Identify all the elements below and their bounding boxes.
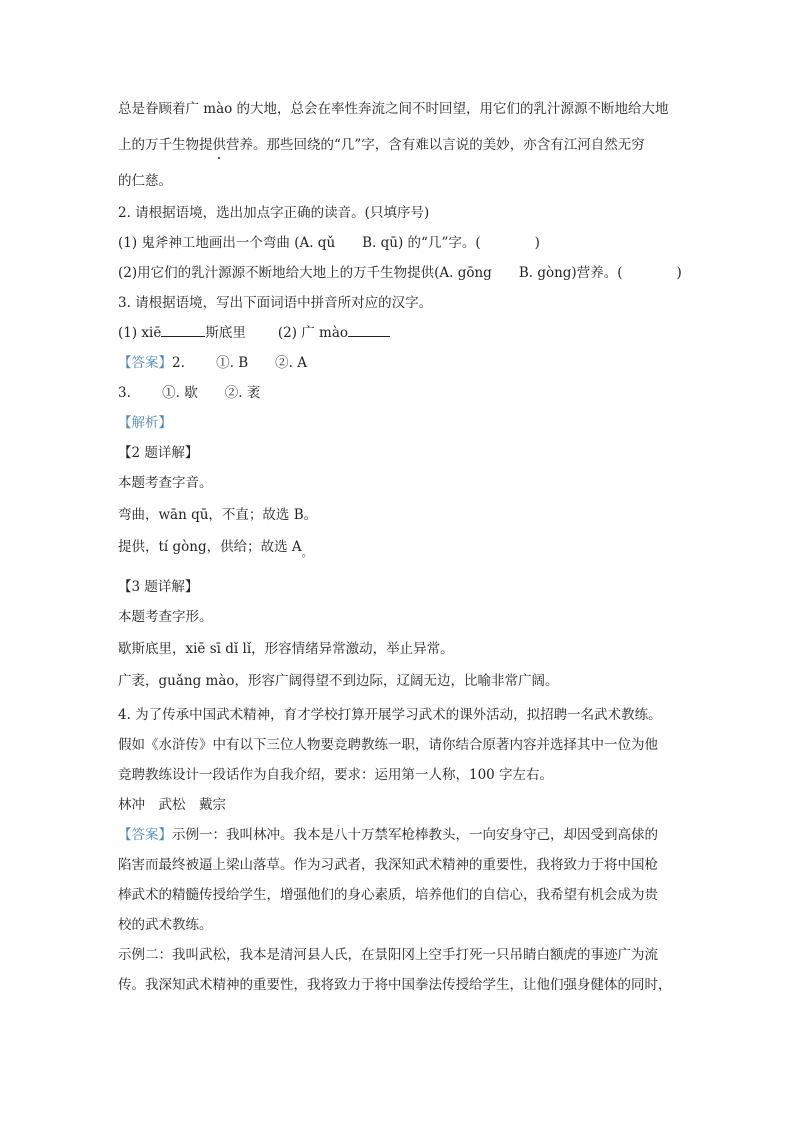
- q4-answer-label: 【答案】: [118, 827, 172, 843]
- q2-detail-line-3-text: 提供，tí gòng，供给；故选 A: [118, 539, 302, 555]
- q3-item1-pinyin: (1) xiē: [118, 325, 161, 341]
- dotted-character: 供: [213, 137, 227, 153]
- q4-answer-line-6: 传。我深知武术精神的重要性，我将致力于将中国拳法传授给学生，让他们强身健体的同时…: [118, 976, 672, 994]
- question-3-items: (1) xiē斯底里(2) 广 mào: [118, 324, 390, 342]
- passage-line-2-post: 营养。那些回绕的“几”字，含有难以言说的美妙，亦含有江河自然无穷: [226, 137, 645, 153]
- q3-detail-line-3: 广袤，guǎng mào，形容广阔得望不到边际，辽阔无边，比喻非常广阔。: [118, 672, 559, 690]
- q2-detail-line-2: 弯曲，wān qū，不直；故选 B。: [118, 506, 317, 524]
- q3-detail-header: 【3 题详解】: [118, 578, 198, 596]
- q4-answer-line-3: 棒武术的精髓传授给学生，增强他们的身心素质，培养他们的自信心，我希望有机会成为贵: [118, 886, 658, 904]
- analysis-label: 【解析】: [118, 414, 172, 432]
- q2-detail-header: 【2 题详解】: [118, 444, 198, 462]
- passage-line-1: 总是眷顾着广 mào 的大地，总会在率性奔流之间不时回望，用它们的乳汁源源不断地…: [118, 100, 669, 118]
- question-2-item-2: (2)用它们的乳汁源源不断地给大地上的万千生物提供(A. gōng B. gòn…: [118, 264, 682, 282]
- q2-detail-line-3: 提供，tí gòng，供给；故选 A。: [118, 538, 313, 557]
- q3-item1-rest: 斯底里: [205, 325, 246, 341]
- answer-label: 【答案】: [118, 355, 172, 371]
- q4-answer-line-2: 陷害而最终被逼上梁山落草。作为习武者，我深知武术精神的重要性，我将致力于将中国枪: [118, 856, 658, 874]
- q2-detail-line-1: 本题考查字音。: [118, 474, 213, 492]
- question-2-item-1: (1) 鬼斧神工地画出一个弯曲 (A. qǔ B. qū) 的“几”字。( ): [118, 234, 540, 252]
- q4-answer-line-4: 校的武术教练。: [118, 916, 213, 934]
- q3-item2-pinyin: (2) 广 mào: [278, 325, 348, 341]
- answer-line-1: 【答案】2. ①. B ②. A: [118, 354, 307, 372]
- question-2-title: 2. 请根据语境，选出加点字正确的读音。(只填序号): [118, 204, 429, 222]
- q2-detail-line-3-end: 。: [302, 546, 313, 559]
- question-4-line-3: 竞聘教练设计一段话作为自我介绍，要求：运用第一人称，100 字左右。: [118, 766, 553, 784]
- q4-answer-line-1-text: 示例一：我叫林冲。我本是八十万禁军枪棒教头，一向安身守己，却因受到高俅的: [172, 827, 658, 843]
- question-4-line-1: 4. 为了传承中国武术精神，育才学校打算开展学习武术的课外活动，拟招聘一名武术教…: [118, 706, 662, 724]
- q3-detail-line-1: 本题考查字形。: [118, 608, 213, 626]
- answer-blank-2: [348, 324, 390, 337]
- answer-blank-1: [161, 324, 205, 337]
- answer-line-2: 3. ①. 歇 ②. 袤: [118, 384, 260, 402]
- passage-line-2: 上的万千生物提供营养。那些回绕的“几”字，含有难以言说的美妙，亦含有江河自然无穷: [118, 136, 645, 154]
- answer-q2: 2. ①. B ②. A: [172, 355, 307, 371]
- passage-line-3: 的仁慈。: [118, 172, 172, 190]
- question-3-title: 3. 请根据语境，写出下面词语中拼音所对应的汉字。: [118, 294, 432, 312]
- q4-answer-line-5: 示例二：我叫武松，我本是清河县人氏，在景阳冈上空手打死一只吊睛白额虎的事迹广为流: [118, 946, 658, 964]
- q3-detail-line-2: 歇斯底里，xiē sī dǐ lǐ，形容情绪异常激动，举止异常。: [118, 640, 454, 658]
- question-4-line-2: 假如《水浒传》中有以下三位人物要竞聘教练一职，请你结合原著内容并选择其中一位为他: [118, 736, 658, 754]
- passage-line-2-pre: 上的万千生物提: [118, 137, 213, 153]
- q4-answer-line-1: 【答案】示例一：我叫林冲。我本是八十万禁军枪棒教头，一向安身守己，却因受到高俅的: [118, 826, 658, 844]
- question-4-characters: 林冲 武松 戴宗: [118, 796, 226, 814]
